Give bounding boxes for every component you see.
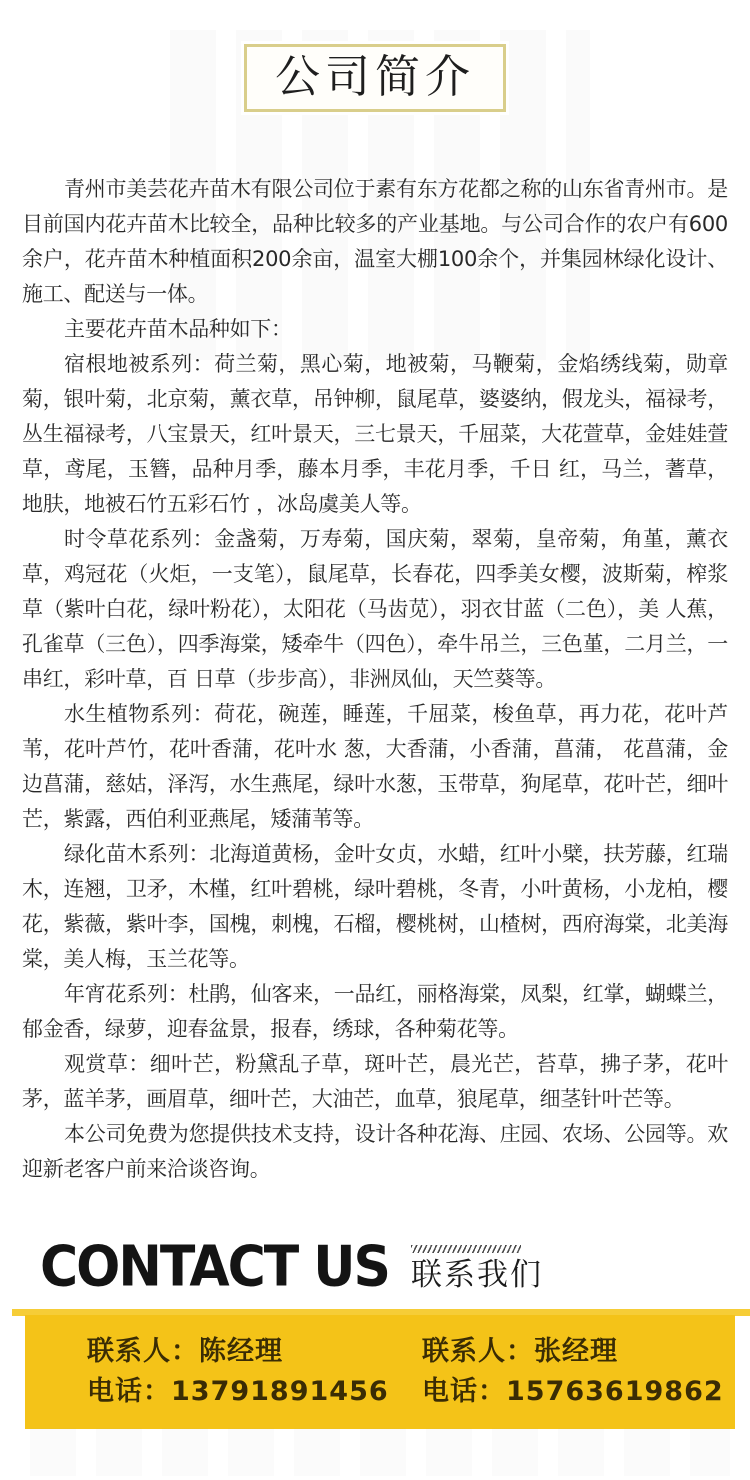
intro-paragraph: 观赏草：细叶芒，粉黛乱子草，斑叶芒，晨光芒，苔草，拂子茅，花叶茅，蓝羊茅，画眉草… bbox=[22, 1047, 728, 1117]
contact-heading-zh-wrap: 联系我们 bbox=[411, 1245, 543, 1294]
contact-phone: 电话：15763619862 bbox=[422, 1372, 724, 1412]
intro-paragraph: 宿根地被系列：荷兰菊，黑心菊，地被菊，马鞭菊，金焰绣线菊，勋章菊，银叶菊，北京菊… bbox=[22, 347, 728, 522]
company-description: 青州市美芸花卉苗木有限公司位于素有东方花都之称的山东省青州市。是目前国内花卉苗木… bbox=[0, 112, 750, 1187]
intro-paragraph: 水生植物系列：荷花，碗莲，睡莲，千屈菜，梭鱼草，再力花，花叶芦苇，花叶芦竹，花叶… bbox=[22, 697, 728, 837]
intro-paragraph: 本公司免费为您提供技术支持，设计各种花海、庄园、农场、公园等。欢迎新老客户前来洽… bbox=[22, 1117, 728, 1187]
company-intro-page: 公司简介 青州市美芸花卉苗木有限公司位于素有东方花都之称的山东省青州市。是目前国… bbox=[0, 0, 750, 1480]
intro-paragraph: 青州市美芸花卉苗木有限公司位于素有东方花都之称的山东省青州市。是目前国内花卉苗木… bbox=[22, 172, 728, 312]
contact-person: 联系人：陈经理 bbox=[87, 1332, 377, 1372]
contact-box: 联系人：陈经理 电话：13791891456 联系人：张经理 电话：157636… bbox=[25, 1315, 735, 1429]
intro-paragraph: 主要花卉苗木品种如下： bbox=[22, 312, 728, 347]
contact-heading: CONTACT US 联系我们 bbox=[0, 1233, 750, 1295]
page-header: 公司简介 bbox=[0, 0, 750, 112]
intro-paragraph: 绿化苗木系列：北海道黄杨，金叶女贞，水蜡，红叶小檗，扶芳藤，红瑞木，连翘，卫矛，… bbox=[22, 837, 728, 977]
contact-phone: 电话：13791891456 bbox=[87, 1372, 377, 1412]
contact-band: 联系人：陈经理 电话：13791891456 联系人：张经理 电话：157636… bbox=[0, 1309, 750, 1439]
intro-paragraph: 时令草花系列：金盏菊，万寿菊，国庆菊，翠菊，皇帝菊，角堇，薰衣草，鸡冠花（火炬，… bbox=[22, 522, 728, 697]
page-title: 公司简介 bbox=[244, 44, 506, 112]
contact-heading-zh: 联系我们 bbox=[411, 1258, 543, 1292]
contact-card: 联系人：张经理 电话：15763619862 bbox=[377, 1332, 724, 1412]
hatch-decoration bbox=[411, 1245, 521, 1253]
contact-person: 联系人：张经理 bbox=[422, 1332, 724, 1372]
intro-paragraph: 年宵花系列：杜鹃，仙客来，一品红，丽格海棠，凤梨，红掌，蝴蝶兰，郁金香，绿萝，迎… bbox=[22, 977, 728, 1047]
contact-heading-en: CONTACT US bbox=[40, 1238, 389, 1294]
contact-card: 联系人：陈经理 电话：13791891456 bbox=[25, 1332, 377, 1412]
